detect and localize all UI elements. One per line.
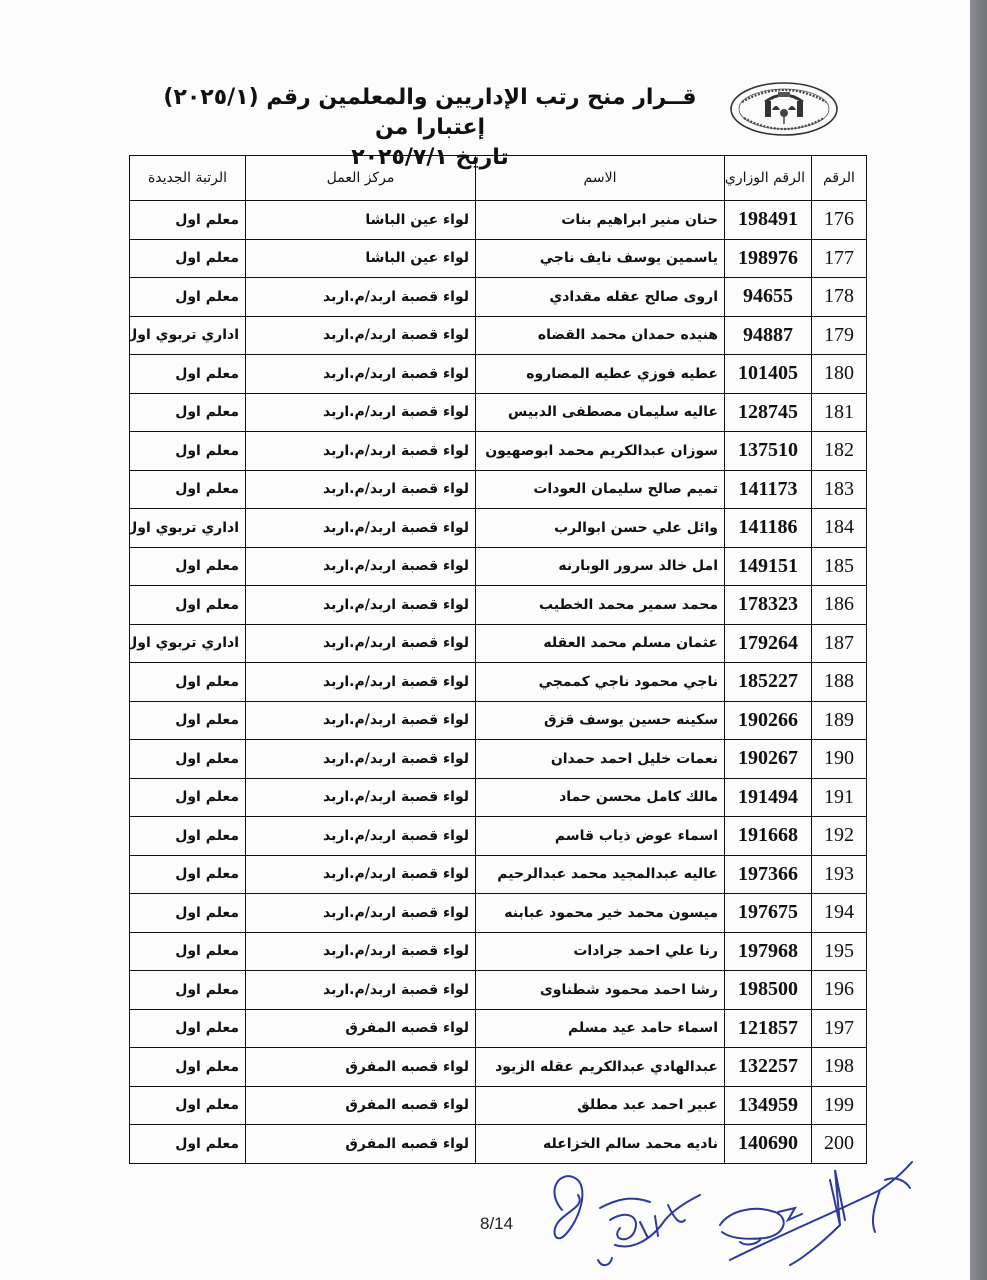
row-new-rank: معلم اول: [130, 470, 246, 509]
row-work-center: لواء قصبة اربد/م.اربد: [246, 624, 476, 663]
row-new-rank: معلم اول: [130, 355, 246, 394]
row-ministry-id: 134959: [725, 1086, 812, 1125]
row-ministry-id: 141173: [725, 470, 812, 509]
ministry-emblem-icon: [728, 80, 840, 138]
row-new-rank: معلم اول: [130, 201, 246, 240]
table-row: 193197366عاليه عبدالمجيد محمد عبدالرحيمل…: [130, 855, 867, 894]
row-work-center: لواء قصبة اربد/م.اربد: [246, 316, 476, 355]
row-name: عطيه فوزي عطيه المصاروه: [476, 355, 725, 394]
table-row: 181128745عاليه سليمان مصطفى الدبيسلواء ق…: [130, 393, 867, 432]
row-new-rank: معلم اول: [130, 393, 246, 432]
table-row: 184141186وائل علي حسن ابوالربلواء قصبة ا…: [130, 509, 867, 548]
row-ministry-id: 190266: [725, 701, 812, 740]
row-work-center: لواء قصبة اربد/م.اربد: [246, 894, 476, 933]
row-num: 193: [812, 855, 867, 894]
row-work-center: لواء قصبة اربد/م.اربد: [246, 932, 476, 971]
row-num: 184: [812, 509, 867, 548]
row-num: 196: [812, 971, 867, 1010]
row-new-rank: معلم اول: [130, 1086, 246, 1125]
row-new-rank: معلم اول: [130, 547, 246, 586]
row-work-center: لواء قصبة اربد/م.اربد: [246, 278, 476, 317]
row-name: عاليه سليمان مصطفى الدبيس: [476, 393, 725, 432]
row-name: ناجي محمود ناجي كممجي: [476, 663, 725, 702]
row-num: 191: [812, 778, 867, 817]
row-work-center: لواء قصبه المفرق: [246, 1086, 476, 1125]
row-num: 182: [812, 432, 867, 471]
row-num: 187: [812, 624, 867, 663]
row-new-rank: معلم اول: [130, 278, 246, 317]
table-header-row: الرقم الرقم الوزاري الاسم مركز العمل الر…: [130, 156, 867, 201]
row-name: هنيده حمدان محمد القضاه: [476, 316, 725, 355]
row-new-rank: معلم اول: [130, 778, 246, 817]
table-row: 187179264عثمان مسلم محمد العقلهلواء قصبة…: [130, 624, 867, 663]
row-num: 185: [812, 547, 867, 586]
row-new-rank: معلم اول: [130, 740, 246, 779]
row-new-rank: معلم اول: [130, 855, 246, 894]
row-new-rank: معلم اول: [130, 1009, 246, 1048]
row-name: حنان منير ابراهيم بنات: [476, 201, 725, 240]
row-work-center: لواء قصبه المفرق: [246, 1125, 476, 1164]
title-line-1: قــرار منح رتب الإداريين والمعلمين رقم (…: [150, 83, 710, 143]
table-row: 195197968رنا علي احمد جراداتلواء قصبة ار…: [130, 932, 867, 971]
row-work-center: لواء قصبة اربد/م.اربد: [246, 432, 476, 471]
row-ministry-id: 198491: [725, 201, 812, 240]
row-ministry-id: 191494: [725, 778, 812, 817]
row-new-rank: معلم اول: [130, 894, 246, 933]
row-work-center: لواء قصبة اربد/م.اربد: [246, 817, 476, 856]
table-row: 196198500رشا احمد محمود شطناوىلواء قصبة …: [130, 971, 867, 1010]
table-row: 192191668اسماء عوض ذياب قاسملواء قصبة ار…: [130, 817, 867, 856]
row-new-rank: معلم اول: [130, 701, 246, 740]
table-row: 186178323محمد سمير محمد الخطيبلواء قصبة …: [130, 586, 867, 625]
header-num: الرقم: [812, 156, 867, 201]
table-row: 191191494مالك كامل محسن حمادلواء قصبة ار…: [130, 778, 867, 817]
table-row: 177198976ياسمين يوسف نايف ناجيلواء عين ا…: [130, 239, 867, 278]
row-ministry-id: 197366: [725, 855, 812, 894]
row-ministry-id: 141186: [725, 509, 812, 548]
table-row: 194197675ميسون محمد خير محمود عبابنهلواء…: [130, 894, 867, 933]
row-name: عاليه عبدالمجيد محمد عبدالرحيم: [476, 855, 725, 894]
row-ministry-id: 94887: [725, 316, 812, 355]
row-name: رشا احمد محمود شطناوى: [476, 971, 725, 1010]
row-new-rank: معلم اول: [130, 663, 246, 702]
row-num: 199: [812, 1086, 867, 1125]
row-name: سوزان عبدالكريم محمد ابوصهيون: [476, 432, 725, 471]
table-row: 17994887هنيده حمدان محمد القضاهلواء قصبة…: [130, 316, 867, 355]
row-name: ياسمين يوسف نايف ناجي: [476, 239, 725, 278]
row-new-rank: معلم اول: [130, 932, 246, 971]
row-num: 176: [812, 201, 867, 240]
row-name: رنا علي احمد جرادات: [476, 932, 725, 971]
header-ministry-id: الرقم الوزاري: [725, 156, 812, 201]
row-ministry-id: 191668: [725, 817, 812, 856]
row-work-center: لواء قصبة اربد/م.اربد: [246, 740, 476, 779]
row-work-center: لواء عين الباشا: [246, 201, 476, 240]
row-ministry-id: 94655: [725, 278, 812, 317]
handwritten-signatures-icon: [540, 1150, 920, 1275]
row-ministry-id: 197968: [725, 932, 812, 971]
header-new-rank: الرتبة الجديدة: [130, 156, 246, 201]
row-num: 178: [812, 278, 867, 317]
row-new-rank: معلم اول: [130, 1048, 246, 1087]
row-ministry-id: 149151: [725, 547, 812, 586]
row-ministry-id: 137510: [725, 432, 812, 471]
row-ministry-id: 198500: [725, 971, 812, 1010]
row-ministry-id: 128745: [725, 393, 812, 432]
row-name: ميسون محمد خير محمود عبابنه: [476, 894, 725, 933]
table-row: 197121857اسماء حامد عيد مسلملواء قصبه ال…: [130, 1009, 867, 1048]
row-work-center: لواء قصبة اربد/م.اربد: [246, 393, 476, 432]
row-num: 198: [812, 1048, 867, 1087]
row-name: عثمان مسلم محمد العقله: [476, 624, 725, 663]
row-num: 189: [812, 701, 867, 740]
row-new-rank: معلم اول: [130, 971, 246, 1010]
row-name: نعمات خليل احمد حمدان: [476, 740, 725, 779]
table-row: 180101405عطيه فوزي عطيه المصاروهلواء قصب…: [130, 355, 867, 394]
row-num: 180: [812, 355, 867, 394]
row-work-center: لواء قصبه المفرق: [246, 1009, 476, 1048]
row-name: اسماء عوض ذياب قاسم: [476, 817, 725, 856]
row-num: 181: [812, 393, 867, 432]
scan-edge: [970, 0, 987, 1280]
row-new-rank: معلم اول: [130, 432, 246, 471]
row-work-center: لواء قصبة اربد/م.اربد: [246, 547, 476, 586]
row-work-center: لواء قصبة اربد/م.اربد: [246, 355, 476, 394]
row-num: 186: [812, 586, 867, 625]
row-name: محمد سمير محمد الخطيب: [476, 586, 725, 625]
rank-grants-table: الرقم الرقم الوزاري الاسم مركز العمل الر…: [129, 155, 867, 1164]
row-num: 179: [812, 316, 867, 355]
row-ministry-id: 101405: [725, 355, 812, 394]
row-name: مالك كامل محسن حماد: [476, 778, 725, 817]
row-work-center: لواء قصبة اربد/م.اربد: [246, 586, 476, 625]
row-name: عبير احمد عبد مطلق: [476, 1086, 725, 1125]
row-work-center: لواء قصبة اربد/م.اربد: [246, 663, 476, 702]
row-name: اسماء حامد عيد مسلم: [476, 1009, 725, 1048]
row-name: عبدالهادي عبدالكريم عقله الزيود: [476, 1048, 725, 1087]
row-num: 190: [812, 740, 867, 779]
row-ministry-id: 179264: [725, 624, 812, 663]
table-row: 17894655اروى صالح عقله مقداديلواء قصبة ا…: [130, 278, 867, 317]
row-ministry-id: 197675: [725, 894, 812, 933]
row-new-rank: اداري تربوي اول: [130, 624, 246, 663]
table-row: 199134959عبير احمد عبد مطلقلواء قصبه الم…: [130, 1086, 867, 1125]
row-ministry-id: 198976: [725, 239, 812, 278]
row-ministry-id: 132257: [725, 1048, 812, 1087]
table-row: 176198491حنان منير ابراهيم بناتلواء عين …: [130, 201, 867, 240]
row-new-rank: اداري تربوي اول: [130, 509, 246, 548]
table-row: 188185227ناجي محمود ناجي كممجيلواء قصبة …: [130, 663, 867, 702]
row-name: سكينه حسين يوسف قزق: [476, 701, 725, 740]
header-work-center: مركز العمل: [246, 156, 476, 201]
row-num: 197: [812, 1009, 867, 1048]
row-ministry-id: 121857: [725, 1009, 812, 1048]
table-row: 190190267نعمات خليل احمد حمدانلواء قصبة …: [130, 740, 867, 779]
row-num: 183: [812, 470, 867, 509]
table-row: 189190266سكينه حسين يوسف قزقلواء قصبة ار…: [130, 701, 867, 740]
row-ministry-id: 178323: [725, 586, 812, 625]
row-num: 192: [812, 817, 867, 856]
document-page: قــرار منح رتب الإداريين والمعلمين رقم (…: [0, 0, 970, 1280]
row-new-rank: معلم اول: [130, 1125, 246, 1164]
row-ministry-id: 185227: [725, 663, 812, 702]
row-ministry-id: 190267: [725, 740, 812, 779]
row-new-rank: معلم اول: [130, 239, 246, 278]
row-work-center: لواء عين الباشا: [246, 239, 476, 278]
row-work-center: لواء قصبة اربد/م.اربد: [246, 778, 476, 817]
row-work-center: لواء قصبة اربد/م.اربد: [246, 509, 476, 548]
row-name: تميم صالح سليمان العودات: [476, 470, 725, 509]
page-number: 8/14: [480, 1214, 513, 1234]
row-num: 188: [812, 663, 867, 702]
table-row: 183141173تميم صالح سليمان العوداتلواء قص…: [130, 470, 867, 509]
row-num: 195: [812, 932, 867, 971]
row-new-rank: معلم اول: [130, 586, 246, 625]
table-row: 185149151امل خالد سرور الوبارنهلواء قصبة…: [130, 547, 867, 586]
row-name: وائل علي حسن ابوالرب: [476, 509, 725, 548]
table-row: 182137510سوزان عبدالكريم محمد ابوصهيونلو…: [130, 432, 867, 471]
row-work-center: لواء قصبة اربد/م.اربد: [246, 971, 476, 1010]
row-work-center: لواء قصبه المفرق: [246, 1048, 476, 1087]
row-name: اروى صالح عقله مقدادي: [476, 278, 725, 317]
row-num: 177: [812, 239, 867, 278]
row-work-center: لواء قصبة اربد/م.اربد: [246, 470, 476, 509]
row-work-center: لواء قصبة اربد/م.اربد: [246, 855, 476, 894]
header-name: الاسم: [476, 156, 725, 201]
row-num: 194: [812, 894, 867, 933]
row-new-rank: اداري تربوي اول: [130, 316, 246, 355]
row-name: امل خالد سرور الوبارنه: [476, 547, 725, 586]
row-work-center: لواء قصبة اربد/م.اربد: [246, 701, 476, 740]
table-row: 198132257عبدالهادي عبدالكريم عقله الزيود…: [130, 1048, 867, 1087]
row-new-rank: معلم اول: [130, 817, 246, 856]
